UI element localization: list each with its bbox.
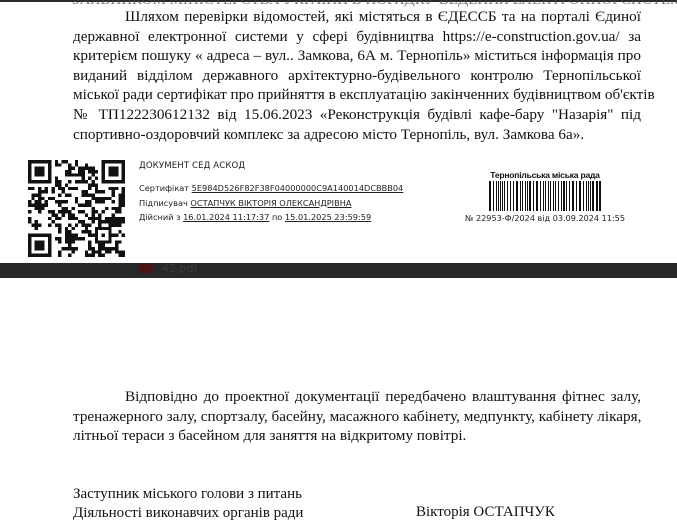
- paragraph-line: літньої тераси з басейном для заняття на…: [73, 426, 641, 446]
- verification-paragraph: Шляхом перевірки відомостей, які містять…: [73, 7, 641, 144]
- paragraph-line: № ТП122230612132 від 15.06.2023 «Реконст…: [73, 105, 641, 125]
- file-name: 42.pdf: [162, 264, 197, 273]
- certificate-label: Сертифікат: [139, 183, 189, 193]
- signer-name: Вікторія ОСТАПЧУК: [416, 503, 555, 522]
- valid-from-label: Дійсний з: [139, 212, 180, 222]
- paragraph-line: державної електронної системи у сфері бу…: [73, 27, 641, 47]
- qr-code-icon: [28, 160, 125, 257]
- validity-row: Дійсний з 16.01.2024 11:17:37 по 15.01.2…: [139, 211, 403, 223]
- paragraph-line: Шляхом перевірки відомостей, які містять…: [73, 7, 641, 27]
- signer-row: Підписувач ОСТАПЧУК ВІКТОРІЯ ОЛЕКСАНДРІВ…: [139, 197, 403, 209]
- barcode-icon: [485, 181, 605, 211]
- paragraph-line: Відповідно до проектної документації пер…: [73, 387, 641, 407]
- signer-position: Заступник міського голови з питань Діяль…: [73, 485, 303, 522]
- registration-stamp: Тернопільська міська рада № 22953-Ф/2024…: [450, 170, 640, 223]
- registration-number: № 22953-Ф/2024 від 03.09.2024 11:55: [450, 213, 640, 223]
- paragraph-line: міської ради сертифікат про прийняття в …: [73, 85, 641, 105]
- certificate-value: 5E984D526F82F38F04000000C9A140014DCBBB04: [192, 183, 404, 193]
- registration-organization: Тернопільська міська рада: [450, 170, 640, 180]
- paragraph-line: виданий відділом державного архітектурно…: [73, 66, 641, 86]
- paragraph-line: спортивно-оздоровчий комплекс за адресою…: [73, 125, 641, 145]
- certificate-row: Сертифікат 5E984D526F82F38F04000000C9A14…: [139, 182, 403, 194]
- valid-from-value: 16.01.2024 11:17:37: [183, 212, 269, 222]
- signer-value: ОСТАПЧУК ВІКТОРІЯ ОЛЕКСАНДРІВНА: [190, 198, 351, 208]
- stamp-title: ДОКУМЕНТ СЕД АСКОД: [139, 161, 403, 171]
- paragraph-line: критерієм пошуку « адреса – вул.. Замков…: [73, 46, 641, 66]
- position-line: Заступник міського голови з питань: [73, 485, 303, 504]
- project-documentation-paragraph: Відповідно до проектної документації пер…: [73, 387, 641, 446]
- pdf-file-icon: [139, 264, 153, 273]
- signer-label: Підписувач: [139, 198, 188, 208]
- e-signature-stamp: ДОКУМЕНТ СЕД АСКОД Сертифікат 5E984D526F…: [28, 160, 448, 260]
- signature-details: ДОКУМЕНТ СЕД АСКОД Сертифікат 5E984D526F…: [139, 160, 403, 223]
- valid-to-label: по: [272, 212, 282, 222]
- valid-to-value: 15.01.2025 23:59:59: [285, 212, 371, 222]
- position-line: Діяльності виконавчих органів ради: [73, 504, 303, 523]
- file-tab[interactable]: 42.pdf: [139, 263, 197, 273]
- pdf-viewer-download-bar: 42.pdf: [0, 263, 677, 278]
- paragraph-line: тренажерного залу, спортзалу, басейну, м…: [73, 407, 641, 427]
